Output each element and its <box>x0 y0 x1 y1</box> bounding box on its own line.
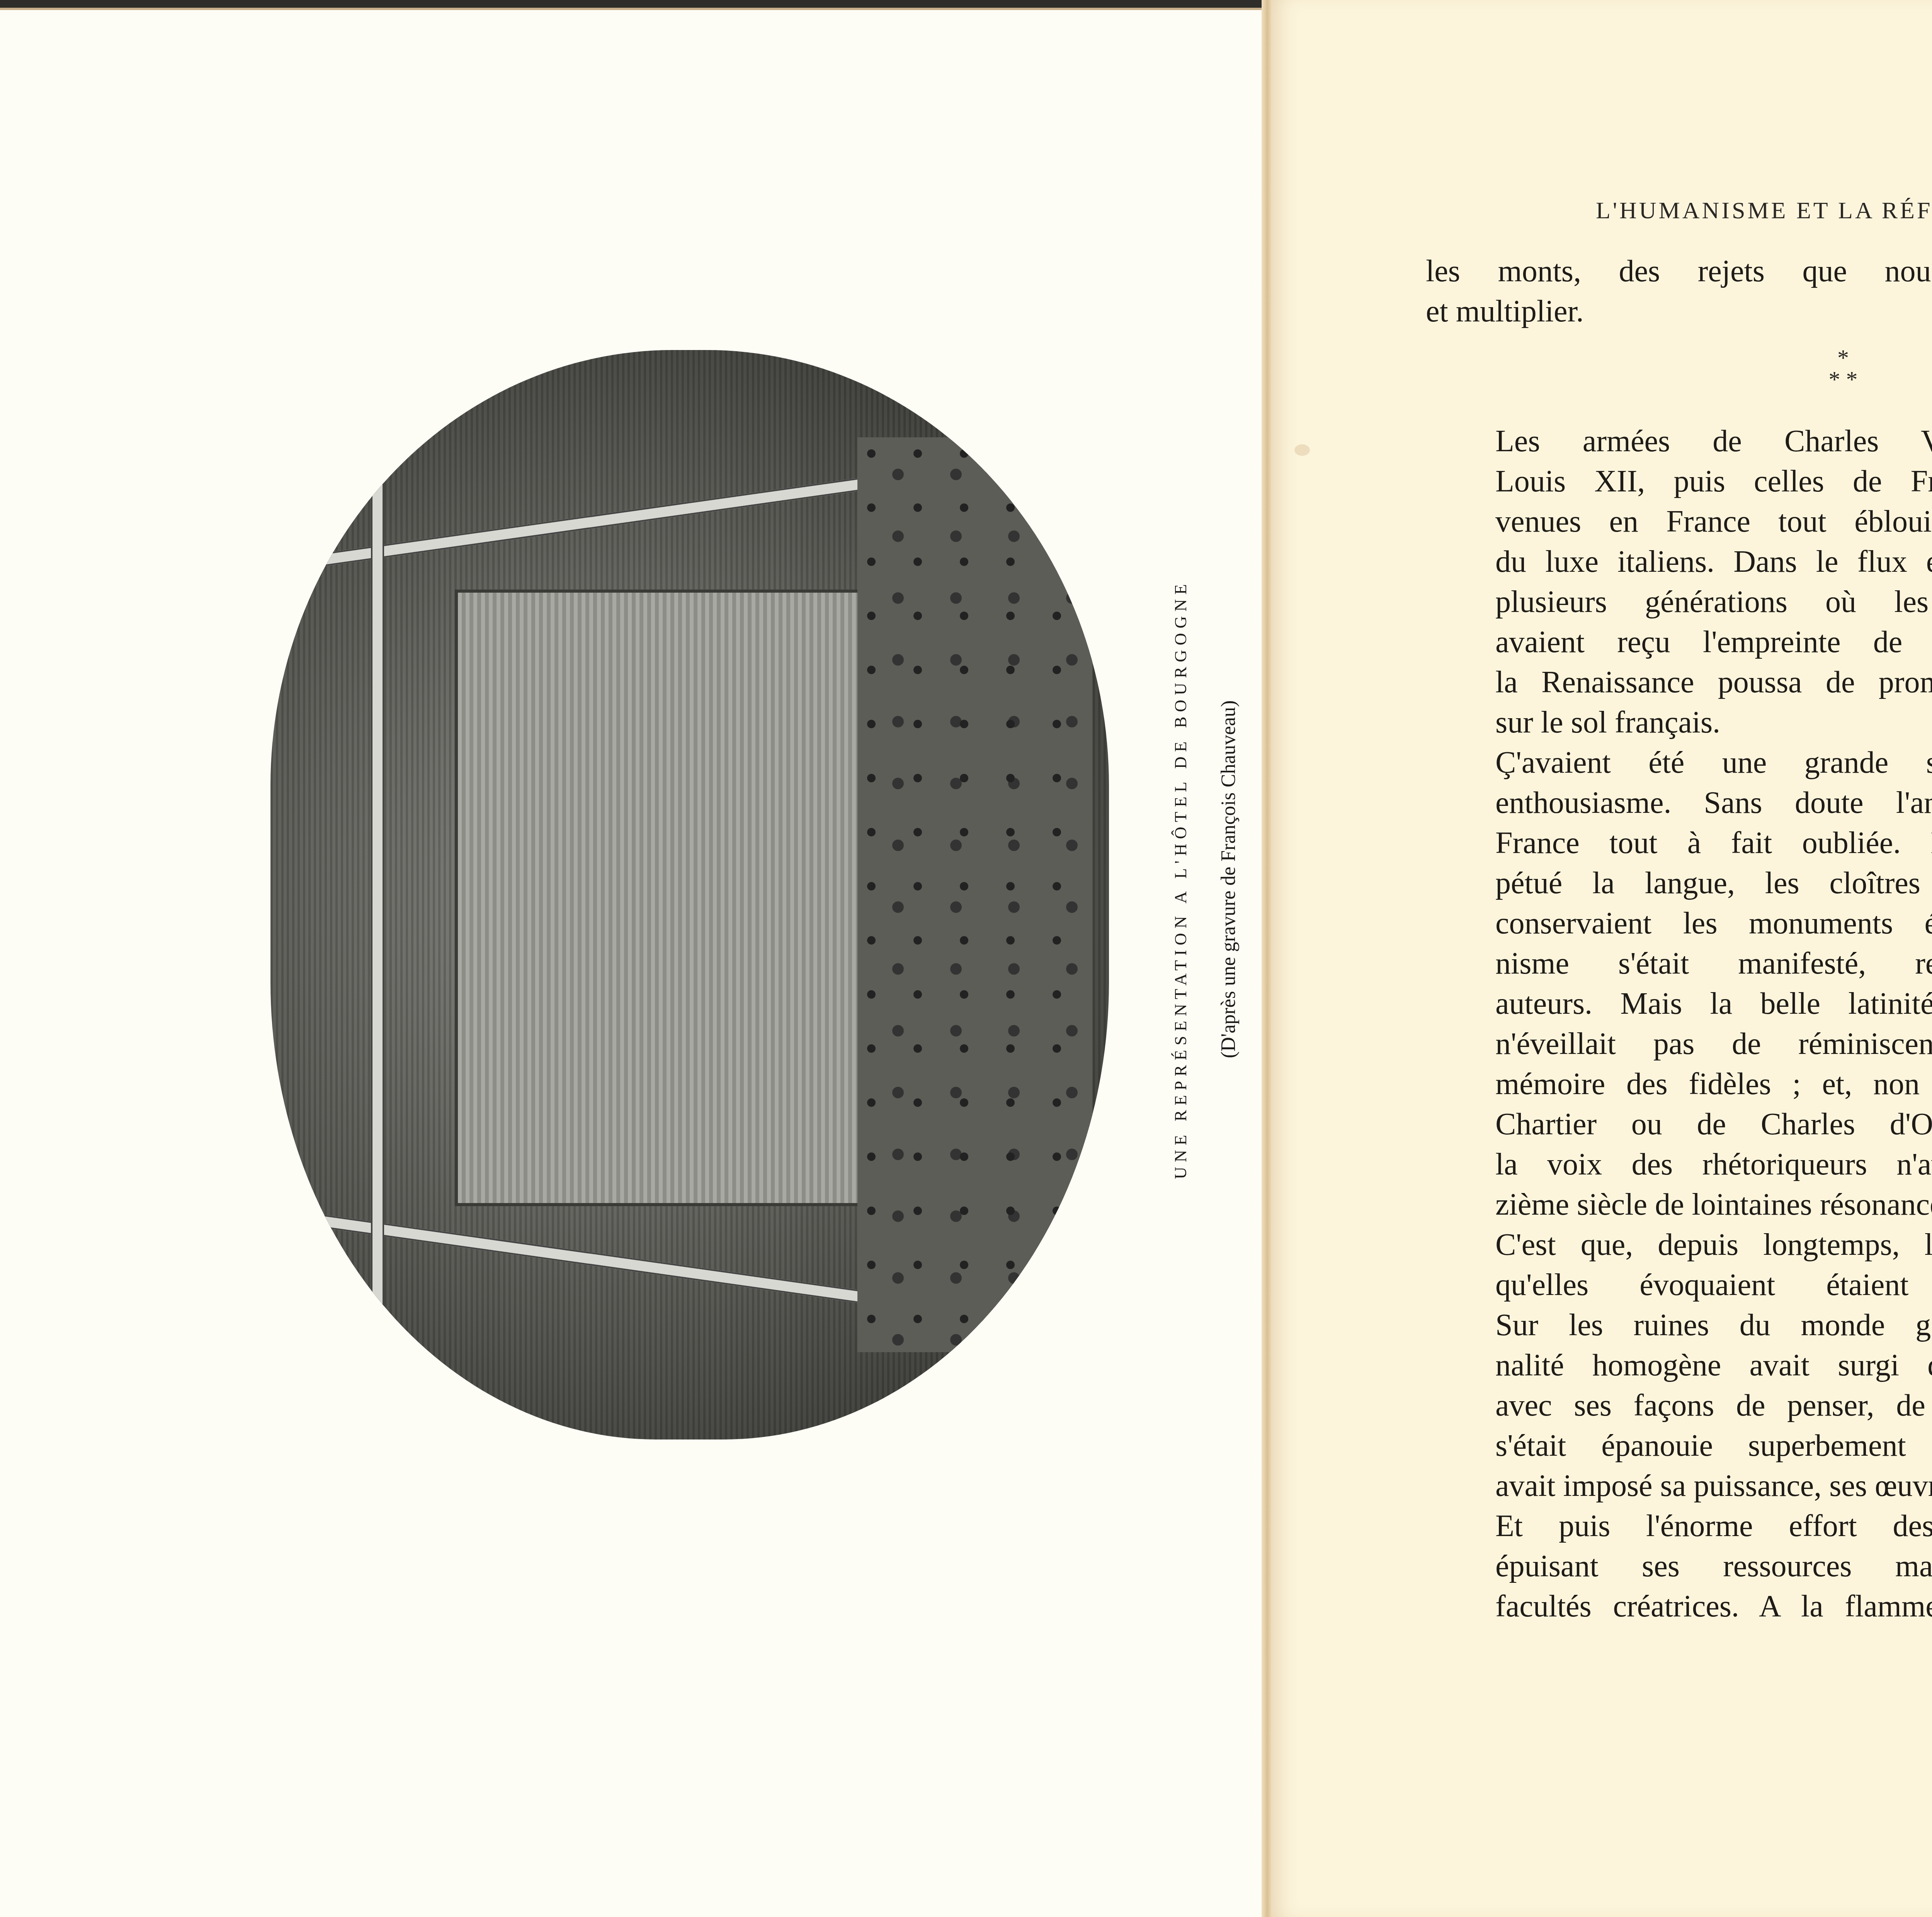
text-line: avait imposé sa puissance, ses œuvres et… <box>1426 1466 1932 1506</box>
engraving-illustration <box>270 350 1109 1439</box>
text-line: n'éveillait pas de réminiscences directe… <box>1426 1024 1932 1064</box>
paragraph: Et puis l'énorme effort des derniers siè… <box>1426 1506 1932 1626</box>
figure-caption-title: UNE REPRÉSENTATION A L'HÔTEL DE BOURGOGN… <box>1171 551 1217 1208</box>
text-line: enthousiasme. Sans doute l'antiquité n'é… <box>1426 783 1932 823</box>
text-line: avec ses façons de penser, de voir et de… <box>1426 1385 1932 1426</box>
text-line: conservaient les monuments écrits, et dé… <box>1426 903 1932 943</box>
illustration-audience <box>857 437 1092 1353</box>
paragraph: C'est que, depuis longtemps, les idées e… <box>1426 1225 1932 1506</box>
text-line: Chartier ou de Charles d'Orléans, fils d… <box>1426 1104 1932 1144</box>
left-page: UNE REPRÉSENTATION A L'HÔTEL DE BOURGOGN… <box>0 8 1264 1917</box>
illustration-stage <box>455 590 864 1206</box>
text-line: nisme s'était manifesté, ressuscitant le… <box>1426 943 1932 984</box>
paragraph: Ç'avaient été une grande surprise et un … <box>1426 743 1932 1225</box>
text-line: avaient reçu l'empreinte de l'esprit nou… <box>1426 622 1932 662</box>
text-line: sur le sol français. <box>1426 702 1932 743</box>
text-line: la Renaissance poussa de promptes et sol… <box>1426 662 1932 702</box>
figure-caption-credit: (D'après une gravure de François Chauvea… <box>1217 551 1264 1208</box>
paragraph: Les armées de Charles VIII, puis celles … <box>1426 421 1932 743</box>
text-line: Les armées de Charles VIII, puis celles … <box>1426 421 1932 461</box>
text-line: venues en France tout éblouies des raffi… <box>1426 501 1932 542</box>
text-line: Sur les ruines du monde gallo-romain, un… <box>1426 1305 1932 1345</box>
paper-stain <box>1294 444 1310 456</box>
text-line: s'était épanouie superbement au moyen âg… <box>1426 1426 1932 1466</box>
section-asterism: * * * <box>1426 347 1932 390</box>
text-line: épuisant ses ressources matérielles, aff… <box>1426 1546 1932 1586</box>
paragraph: les monts, des rejets que nous allons vo… <box>1426 251 1932 331</box>
body-text: les monts, des rejets que nous allons vo… <box>1426 251 1932 1626</box>
text-line: facultés créatrices. A la flamme épique … <box>1426 1586 1932 1626</box>
text-line: Et puis l'énorme effort des derniers siè… <box>1426 1506 1932 1546</box>
text-line: mémoire des fidèles ; et, non plus que c… <box>1426 1064 1932 1104</box>
text-line: les monts, des rejets que nous allons vo… <box>1426 251 1932 291</box>
text-line: et multiplier. <box>1426 291 1932 331</box>
text-line: plusieurs générations où les classes se … <box>1426 582 1932 622</box>
text-line: Louis XII, puis celles de François Ier, … <box>1426 461 1932 501</box>
text-line: la voix des rhétoriqueurs n'avait pas eu… <box>1426 1144 1932 1185</box>
illustration-beam <box>371 404 384 1388</box>
text-line: pétué la langue, les cloîtres et les uni… <box>1426 863 1932 903</box>
running-head: L'HUMANISME ET LA RÉFORME <box>1596 197 1932 224</box>
asterism-star-icon: * <box>1426 347 1932 369</box>
text-line: France tout à fait oubliée. L'Église en … <box>1426 823 1932 863</box>
text-line: qu'elles évoquaient étaient devenues étr… <box>1426 1265 1932 1305</box>
asterism-star-icon: * * <box>1426 369 1932 390</box>
text-line: du luxe italiens. Dans le flux et le ref… <box>1426 542 1932 582</box>
text-line: C'est que, depuis longtemps, les idées e… <box>1426 1225 1932 1265</box>
text-line: zième siècle de lointaines résonances. <box>1426 1185 1932 1225</box>
text-line: nalité homogène avait surgi du mélange d… <box>1426 1345 1932 1385</box>
text-line: Ç'avaient été une grande surprise et un … <box>1426 743 1932 783</box>
text-line: auteurs. Mais la belle latinité des livr… <box>1426 984 1932 1024</box>
